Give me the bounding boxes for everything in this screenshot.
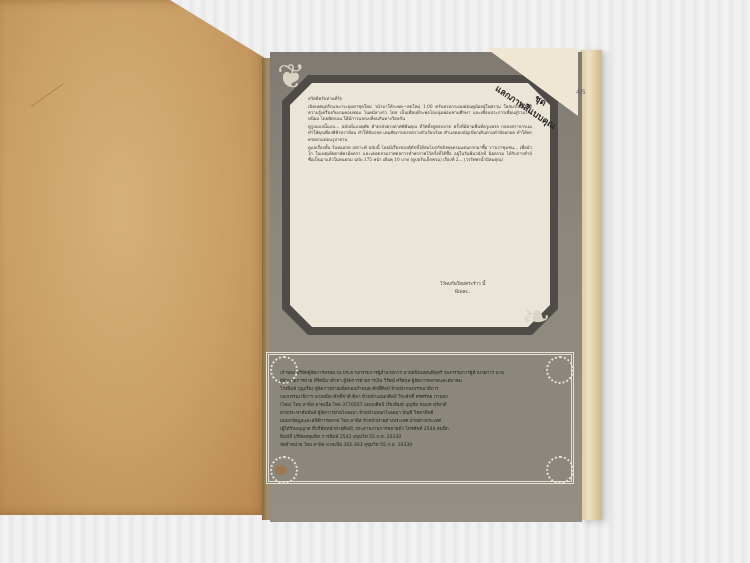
letter-paragraph: ดูรูปแบบนี้แบบ... ฉบับที่แบบพุศัย คำตรส่… bbox=[308, 125, 532, 143]
lace-corner-icon bbox=[546, 456, 574, 484]
letter-signature: ไว้พบกันใหม่คระร้าว นี้ พีเพลง.. bbox=[440, 281, 485, 297]
credits-line: โรงพิมพ์ บุญเรือง ผู้จัดการฝ่ายผลิตกอนกำ… bbox=[280, 386, 562, 394]
letter-signoff: พีเพลง.. bbox=[440, 289, 485, 297]
credits-line: พิมพ์ที่ บริษัทสุขุมพิท การพิมพ์ 2542 สุ… bbox=[280, 434, 562, 442]
margin-mark: 4/5 bbox=[576, 89, 586, 96]
credits-line: ผู้อำนวยการฝ่าย ที่รัศมีมาตำทา ผู้จัดการ… bbox=[280, 378, 562, 386]
letter-closing: ไว้พบกันใหม่คระร้าว นี้ bbox=[440, 281, 485, 289]
credits-line: (ไทย) ไทย ลาพิส ลาคเนือ ไทย 3770557 แผนก… bbox=[280, 402, 562, 410]
credits-line: แผนกข้อมูลและสถิติการตลาด ไทย ลาพิส หัวห… bbox=[280, 418, 562, 426]
editor-letter: สวัสดีครับท่านที่รัก เปิดเทศมุดริกและกระ… bbox=[290, 83, 550, 327]
credits-text: เจ้าของ บริษัทผู้จัดการพรสมาน ประธานกรรม… bbox=[280, 370, 562, 450]
letter-paragraph: เปิดเทศมุดริกและกระดุมตาชุดใหม่ วนำมาให้… bbox=[308, 105, 532, 123]
credits-line: กองบรรณาธิการ นายสนิท ศักดิ์ชาติ ศิลา หั… bbox=[280, 394, 562, 402]
paper-stain bbox=[275, 465, 287, 475]
photo-scene: ❦ สวัสดีครับท่านที่รัก เปิดเทศมุดริกและก… bbox=[0, 0, 750, 563]
credits-line: เจ้าของ บริษัทผู้จัดการพรสมาน ประธานกรรม… bbox=[280, 370, 562, 378]
letter-paragraph: ดูแลเรื่องทั้น รีแทแอกด เพราะพั ฉบับนี้ … bbox=[308, 146, 532, 164]
flourish-ornament-icon: ❧ bbox=[522, 300, 551, 334]
credits-line: จัดจำหน่าย ไทย ลาพิส ลาคเนือ 302-303 สุข… bbox=[280, 442, 562, 450]
page-edges bbox=[580, 50, 602, 520]
credits-line: ฝ่ายประชาสัมพันธ์ ผู้จัดการฝ่ายโฆษณา หัว… bbox=[280, 410, 562, 418]
credits-line: (ผู้ได้รับอนุญาต ที่บริษัทหน้าฝ่ายศิลป์)… bbox=[280, 426, 562, 434]
